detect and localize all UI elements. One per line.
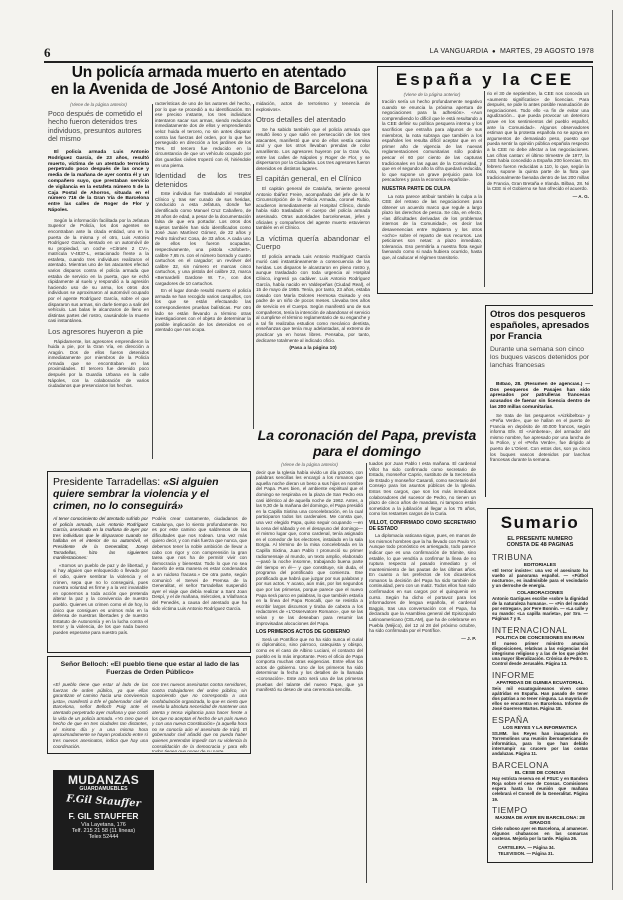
bullet-icon: ● (492, 49, 496, 55)
tarradellas-headline-prefix: Presidente Tarradellas: (53, 476, 163, 488)
sumario-item-text: «El terror insiste»: una vez el asesinat… (492, 568, 588, 589)
ad-company: F. GIL STAUFFER (53, 811, 154, 821)
sumario-section-name: TRIBUNA (492, 552, 588, 562)
belloch-box: Señor Belloch: «El pueblo tiene que esta… (47, 656, 251, 754)
papa-byline: — J. P. (369, 636, 476, 642)
sumario-television: TELEVISION. — Página 31. (498, 851, 588, 856)
papa-col1: (Viene de la página anterior) decir que … (256, 461, 363, 886)
newspaper-name: LA VANGUARDIA (430, 48, 488, 55)
cee-headline: España y la CEE (378, 70, 592, 90)
pesqueros-subhead: Durante una semana son cinco los buques … (490, 346, 590, 370)
sumario-item-text: Seis mil ecuatoguineanos viven como apát… (492, 686, 588, 712)
column-divider (253, 104, 254, 429)
tarradellas-intro: Al tener conocimiento del atentado sufri… (53, 516, 148, 561)
main-col3-body3: El policía armada Luis Antonio Rodríguez… (256, 254, 370, 344)
main-headline: Un policía armada muerto en atentado en … (48, 64, 370, 98)
sumario-box: Sumario EL PRESENTE NUMERO CONSTA DE 48 … (487, 508, 593, 863)
papa-subhead-actos: LOS PRIMEROS ACTOS DE GOBIERNO (256, 630, 363, 636)
sumario-section-name: ESPAÑA (492, 715, 588, 725)
sumario-item-text: El nuevo primer ministro anuncia disposi… (492, 641, 588, 667)
main-subhead: Poco después de cometido el hecho fueron… (48, 110, 149, 144)
cee-col2: rio el 30 de septiembre, la CEE nos conc… (487, 91, 589, 289)
cee-col1-body2: La nota parece atribuir también la culpa… (382, 194, 482, 261)
papa-headline: La coronación del Papa, prevista para el… (256, 428, 478, 459)
sumario-item-text: Antonio Garrigues escribe «sobre la dign… (492, 596, 588, 622)
pesqueros-text: Se trata de los pesqueros «Aizkibeltxu» … (490, 413, 590, 463)
main-col3-body: midación, actos de terrorismo y tenencia… (256, 101, 370, 112)
pesqueros-article-box: Otros dos pesqueros españoles, apresados… (485, 305, 593, 497)
papa-continued-from: (Viene de la página anterior) (256, 462, 363, 468)
ad-title: MUDANZAS (53, 773, 154, 787)
main-article-col2: racterísticas de uno de los autores del … (155, 101, 251, 463)
papa-subhead-villot: VILLOT, CONFIRMADO COMO SECRETARIO DE ES… (369, 521, 476, 532)
cee-article-box: España y la CEE (Viene de la página ante… (377, 66, 593, 294)
sumario-section-name: INFORME (492, 670, 588, 680)
cee-col1: tración sería un hecho profundamente neg… (382, 99, 482, 289)
column-divider (484, 91, 485, 287)
tarradellas-col2-body: Podéis crear cantamente, ciudadanos de C… (152, 516, 247, 611)
sumario-section-name: INTERNACIONAL (492, 625, 588, 635)
scan-edge-line (612, 10, 613, 890)
ad-logo: F.Gil Stauffer (53, 792, 155, 810)
continued-to-link[interactable]: (Pasa a la página 10) (256, 346, 370, 352)
belloch-col2-body: con tres nuevos asesinatos contra servid… (152, 682, 247, 752)
main-col2-body: racterísticas de uno de los autores del … (155, 101, 251, 168)
tarradellas-box: Presidente Tarradellas: «Si alguien quie… (47, 471, 251, 653)
belloch-col1: «El pueblo tiene que estar al lado de la… (53, 682, 148, 752)
sumario-footer: CARTELERA. — Página 34. TELEVISION. — Pá… (492, 845, 588, 855)
tarradellas-col1-body: «Somos un pueblo de paz y de libertad, y… (53, 563, 148, 636)
main-body-1: Según la información facilitada por la J… (48, 218, 149, 324)
masthead-rule (44, 61, 593, 63)
sumario-item-heading: APATRIDAS DE GUINEA ECUATORIAL (492, 681, 588, 686)
main-col2-body2: Este individuo fue trasladado al Hospita… (155, 191, 251, 286)
pesqueros-headline: Otros dos pesqueros españoles, apresados… (490, 309, 594, 342)
cee-byline: — A. G. (487, 194, 589, 200)
main-lead: El policía armada Luis Antonio Rodríguez… (48, 150, 149, 214)
main-headline-line2: en la Avenida de José Antonio de Barcelo… (48, 81, 370, 98)
papa-headline-line1: La coronación del Papa, prevista (256, 428, 478, 444)
column-divider (152, 104, 153, 459)
sumario-section-tiempo: TIEMPO MAXIMA DE AYER EN BARCELONA: 28 G… (492, 805, 588, 842)
sumario-item-text: Cielo nuboso ayer en Barcelona, al amane… (492, 826, 588, 842)
cee-col1-body: tración sería un hecho profundamente neg… (382, 99, 482, 183)
masthead-right: LA VANGUARDIA ● MARTES, 29 AGOSTO 1978 (430, 48, 594, 55)
masthead: 6 LA VANGUARDIA ● MARTES, 29 AGOSTO 1978 (44, 44, 594, 62)
page-number: 6 (44, 45, 51, 61)
tarradellas-col1: Al tener conocimiento del atentado sufri… (53, 516, 148, 650)
belloch-headline: Señor Belloch: «El pueblo tiene que esta… (54, 661, 246, 677)
papa-col2: tuados por Juan Pablo I esta mañana. El … (369, 461, 476, 886)
main-col3-body1: Se ha sabido también que el policía arma… (256, 127, 370, 172)
tarradellas-headline: Presidente Tarradellas: «Si alguien quie… (53, 476, 247, 512)
papa-col1-body2: Será un Pontífice que no ha sido nunca e… (256, 637, 363, 693)
pesqueros-body: Bilbao, 28. (Resumen de agencias.) — Dos… (490, 382, 590, 494)
column-divider (366, 463, 367, 883)
ad-telex: Telex 52444 (53, 834, 154, 840)
issue-date: MARTES, 29 AGOSTO 1978 (500, 48, 594, 55)
sumario-item-heading: LOS REYES Y LA INFORMATICA (492, 726, 588, 731)
papa-col2-body: tuados por Juan Pablo I esta mañana. El … (369, 461, 476, 517)
sumario-section-internacional: INTERNACIONAL POLITICA DE CONCESIONES EN… (492, 625, 588, 667)
tarradellas-col2: Podéis crear cantamente, ciudadanos de C… (152, 516, 247, 650)
main-subhead-victima: La víctima quería abandonar el Cuerpo (256, 235, 370, 252)
main-body-2: Rápidamente, los agresores emprendieron … (48, 339, 149, 389)
papa-col2-body2: La diplomacia vaticana sigue, pues, en m… (369, 533, 476, 634)
continued-from-note: (Viene de la página anterior) (48, 102, 149, 108)
sumario-section-informe: INFORME APATRIDAS DE GUINEA ECUATORIAL S… (492, 670, 588, 712)
sumario-section-name: TIEMPO (492, 805, 588, 815)
papa-col1-body: decir que la Iglesia había vivido un día… (256, 470, 363, 627)
main-article-col3: midación, actos de terrorismo y tenencia… (256, 101, 370, 431)
main-subhead-agresores: Los agresores huyeron a pie (48, 328, 149, 337)
belloch-col2: con tres nuevos asesinatos contra servid… (152, 682, 247, 752)
sumario-section-espana: ESPAÑA LOS REYES Y LA INFORMATICA SS.MM.… (492, 715, 588, 757)
cee-col2-body: rio el 30 de septiembre, la CEE nos conc… (487, 91, 589, 192)
advertisement-gil-stauffer[interactable]: MUDANZAS GUARDAMUEBLES F.Gil Stauffer F.… (53, 770, 154, 870)
sumario-item-text: SS.MM. los Reyes han inaugurado en Torre… (492, 731, 588, 757)
main-col3-body2: El capitán general de Cataluña, teniente… (256, 186, 370, 231)
sumario-item-text: Hay estricta reserva en el PSUC y en Ban… (492, 776, 588, 802)
main-article-col1: (Viene de la página anterior) Poco despu… (48, 101, 149, 463)
belloch-col1-body: «El pueblo tiene que estar al lado de la… (53, 682, 148, 749)
main-subhead-detalles: Otros detalles del atentado (256, 116, 370, 125)
cee-subhead-culpa: NUESTRA PARTE DE CULPA (382, 187, 482, 193)
sumario-item-heading: MAXIMA DE AYER EN BARCELONA: 28 GRADOS (492, 816, 588, 826)
sumario-item-heading: POLITICA DE CONCESIONES EN IRAN (492, 636, 588, 641)
main-headline-line1: Un policía armada muerto en atentado (48, 64, 370, 81)
sumario-pages-notice: EL PRESENTE NUMERO CONSTA DE 48 PAGINAS (498, 536, 582, 549)
papa-headline-line2: para el domingo (256, 444, 478, 460)
main-subhead-capitan: El capitán general, en el Clínico (256, 175, 370, 184)
main-col2-body3: En el lugar donde resultó muerto el poli… (155, 288, 251, 333)
sumario-section-name: BARCELONA (492, 760, 588, 770)
sumario-section-barcelona: BARCELONA EL CESE DE CONSAS Hay estricta… (492, 760, 588, 802)
sumario-section-tribuna: TRIBUNA EDITORIALES «El terror insiste»:… (492, 552, 588, 622)
pesqueros-lead: Bilbao, 28. (Resumen de agencias.) — Dos… (490, 382, 590, 411)
sumario-title: Sumario (492, 513, 588, 533)
main-subhead-identidad: Identidad de los tres detenidos (155, 172, 251, 189)
cee-continued-from: (Viene de la página anterior) (382, 92, 482, 97)
